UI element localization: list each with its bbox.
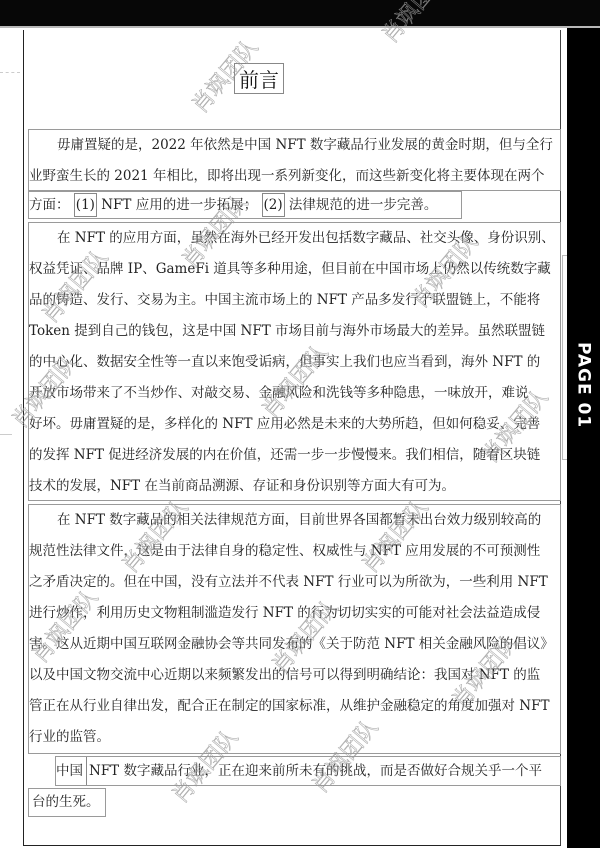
text-line: 行业的监管。 [29,722,560,753]
text-line: 之矛盾决定的。但在中国，没有立法并不代表 NFT 行业可以为所欲为，一些利用 N… [29,567,560,598]
right-side-bar [567,28,600,848]
paragraph-intro-continued: 方面： (1) NFT 应用的进一步拓展； (2) 法律规范的进一步完善。 [28,191,462,219]
text-line: 的中心化、数据安全性等一直以来饱受诟病，但事实上我们也应当看到，海外 NFT 的 [29,347,560,378]
text-line: 权益凭证、品牌 IP、GameFi 道具等多种用途，但目前在中国市场上仍然以传统… [29,254,560,285]
margin-mark [0,72,20,73]
list-number-1: (1) [74,193,97,217]
text-fragment: 方面： [29,197,70,213]
page-number-label: PAGE 01 [574,342,594,428]
paragraph-intro: 毋庸置疑的是，2022 年依然是中国 NFT 数字藏品行业发展的黄金时期，但与全… [28,129,561,191]
paragraph-conclusion: 中国NFT 数字藏品行业，正在迎来前所未有的挑战，而是否做好合规关乎一个平 [55,756,561,786]
list-item-1-text: NFT 应用的进一步拓展； [97,197,257,213]
paragraph-conclusion-continued: 台的生死。 [28,788,106,817]
paragraph-legal: 在 NFT 数字藏品的相关法律规范方面，目前世界各国都暂未出台效力级别较高的 规… [28,504,561,754]
text-line: 规范性法律文件，这是由于法律自身的稳定性、权威性与 NFT 应用发展的不可预测性 [29,536,560,567]
page-title: 前言 [234,63,284,94]
text-line: 好坏。毋庸置疑的是，多样化的 NFT 应用必然是未来的大势所趋，但如何稳妥、完善 [29,409,560,440]
list-number-2: (2) [262,193,285,217]
top-header-bar [0,0,600,28]
margin-mark [0,434,12,435]
text-line: 开放市场带来了不当炒作、对敲交易、金融风险和洗钱等多种隐患，一味放开，难说 [29,378,560,409]
text-line: 在 NFT 数字藏品的相关法律规范方面，目前世界各国都暂未出台效力级别较高的 [29,505,560,536]
text-line: 进行炒作，利用历史文物粗制滥造发行 NFT 的行为切切实实的可能对社会法益造成侵 [29,598,560,629]
text-fragment: NFT 数字藏品行业，正在迎来前所未有的挑战，而是否做好合规关乎一个平 [89,763,542,779]
text-line: 害。这从近期中国互联网金融协会等共同发布的《关于防范 NFT 相关金融风险的倡议… [29,629,560,660]
text-line: 业野蛮生长的 2021 年相比，即将出现一系列新变化，而这些新变化将主要体现在两… [29,161,560,192]
paragraph-applications: 在 NFT 的应用方面，虽然在海外已经开发出包括数字藏品、社交头像、身份识别、 … [28,222,561,501]
page-number-tab: PAGE 01 [567,340,600,430]
text-line: Token 提到自己的钱包，这是中国 NFT 市场目前与海外市场最大的差异。虽然… [29,316,560,347]
text-fragment: 中国 [56,757,87,785]
text-line: 在 NFT 的应用方面，虽然在海外已经开发出包括数字藏品、社交头像、身份识别、 [29,223,560,254]
text-line: 以及中国文物交流中心近期以来频繁发出的信号可以得到明确结论：我国对 NFT 的监 [29,660,560,691]
text-line: 技术的发展，NFT 在当前商品溯源、存证和身份识别等方面大有可为。 [29,471,560,502]
text-line: 毋庸置疑的是，2022 年依然是中国 NFT 数字藏品行业发展的黄金时期，但与全… [29,130,560,161]
text-line: 的发挥 NFT 促进经济发展的内在价值，还需一步一步慢慢来。我们相信，随着区块链 [29,440,560,471]
text-line: 管正在从行业自律出发，配合正在制定的国家标准，从维护金融稳定的角度加强对 NFT [29,691,560,722]
text-line: 台的生死。 [32,789,105,816]
text-line: 品的铸造、发行、交易为主。中国主流市场上的 NFT 产品多发行于联盟链上，不能将 [29,285,560,316]
list-item-2-text: 法律规范的进一步完善。 [285,197,438,213]
